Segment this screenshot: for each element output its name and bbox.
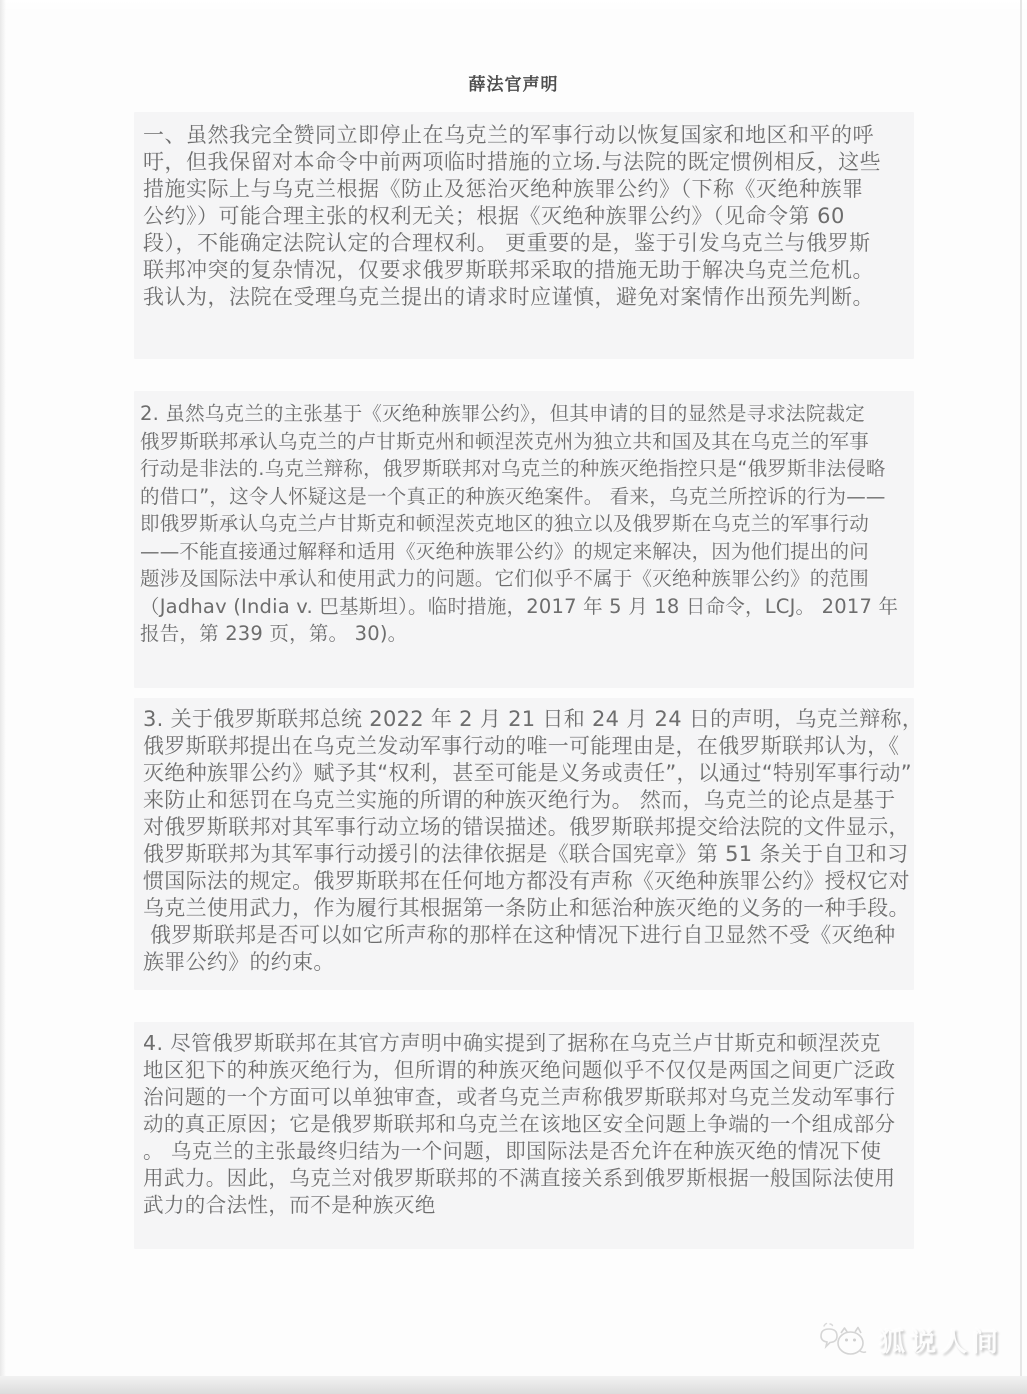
document-title: 薛法官声明 [0,70,1027,95]
text-line: 地区犯下的种族灭绝行为，但所谓的种族灭绝问题似乎不仅仅是两国之间更广泛政 [143,1057,910,1084]
text-line: 的借口”，这令人怀疑这是一个真正的种族灭绝案件。 看来，乌克兰所控诉的行为—— [140,483,912,511]
text-line: 武力的合法性，而不是种族灭绝 [143,1192,910,1219]
text-line: 乌克兰使用武力，作为履行其根据第一条防止和惩治种族灭绝的义务的一种手段。 [143,895,910,922]
text-line: 联邦冲突的复杂情况，仅要求俄罗斯联邦采取的措施无助于解决乌克兰危机。 [143,257,908,284]
text-line: 一、虽然我完全赞同立即停止在乌克兰的军事行动以恢复国家和地区和平的呼 [143,122,908,149]
text-line: 3. 关于俄罗斯联邦总统 2022 年 2 月 21 日和 24 月 24 日的… [143,706,910,733]
text-line: 治问题的一个方面可以单独审查，或者乌克兰声称俄罗斯联邦对乌克兰发动军事行 [143,1084,910,1111]
text-line: 用武力。因此，乌克兰对俄罗斯联邦的不满直接关系到俄罗斯根据一般国际法使用 [143,1165,910,1192]
text-line: 报告，第 239 页，第。 30)。 [140,620,912,648]
paragraph-3: 3. 关于俄罗斯联邦总统 2022 年 2 月 21 日和 24 月 24 日的… [134,698,914,990]
paragraph-4: 4. 尽管俄罗斯联邦在其官方声明中确实提到了据称在乌克兰卢甘斯克和顿涅茨克地区犯… [134,1022,914,1249]
document-page: 薛法官声明 一、虽然我完全赞同立即停止在乌克兰的军事行动以恢复国家和地区和平的呼… [0,0,1027,1394]
text-line: （Jadhav (India v. 巴基斯坦）。临时措施，2017 年 5 月 … [140,593,912,621]
text-line: 。 乌克兰的主张最终归结为一个问题，即国际法是否允许在种族灭绝的情况下使 [143,1138,910,1165]
text-line: 对俄罗斯联邦对其军事行动立场的错误描述。俄罗斯联邦提交给法院的文件显示， [143,814,910,841]
text-line: 公约》）可能合理主张的权利无关；根据《灭绝种族罪公约》（见命令第 60 [143,203,908,230]
paragraph-1: 一、虽然我完全赞同立即停止在乌克兰的军事行动以恢复国家和地区和平的呼吁，但我保留… [134,112,914,359]
text-line: 吁，但我保留对本命令中前两项临时措施的立场.与法院的既定惯例相反，这些 [143,149,908,176]
text-line: 题涉及国际法中承认和使用武力的问题。它们似乎不属于《灭绝种族罪公约》的范围 [140,565,912,593]
text-line: 4. 尽管俄罗斯联邦在其官方声明中确实提到了据称在乌克兰卢甘斯克和顿涅茨克 [143,1030,910,1057]
text-line: 2. 虽然乌克兰的主张基于《灭绝种族罪公约》，但其申请的目的显然是寻求法院裁定 [140,400,912,428]
text-line: 灭绝种族罪公约》赋予其“权利，甚至可能是义务或责任”，以通过“特别军事行动” [143,760,910,787]
page-left-edge [0,0,6,1394]
text-line: 段），不能确定法院认定的合理权利。 更重要的是，鉴于引发乌克兰与俄罗斯 [143,230,908,257]
page-right-edge [1020,0,1022,1394]
text-line: 俄罗斯联邦为其军事行动援引的法律依据是《联合国宪章》第 51 条关于自卫和习 [143,841,910,868]
page-bottom-edge [0,1376,1027,1394]
text-line: 俄罗斯联邦承认乌克兰的卢甘斯克州和顿涅茨克州为独立共和国及其在乌克兰的军事 [140,428,912,456]
text-line: 惯国际法的规定。俄罗斯联邦在任何地方都没有声称《灭绝种族罪公约》授权它对 [143,868,910,895]
text-line: 措施实际上与乌克兰根据《防止及惩治灭绝种族罪公约》（下称《灭绝种族罪 [143,176,908,203]
text-line: 俄罗斯联邦提出在乌克兰发动军事行动的唯一可能理由是，在俄罗斯联邦认为，《 [143,733,910,760]
watermark: 狐说人间 [817,1320,1003,1360]
watermark-text: 狐说人间 [879,1322,1003,1359]
text-line: 俄罗斯联邦是否可以如它所声称的那样在这种情况下进行自卫显然不受《灭绝种 [143,922,910,949]
text-line: 我认为，法院在受理乌克兰提出的请求时应谨慎，避免对案情作出预先判断。 [143,284,908,311]
paragraph-2: 2. 虽然乌克兰的主张基于《灭绝种族罪公约》，但其申请的目的显然是寻求法院裁定俄… [134,391,914,688]
text-line: 行动是非法的.乌克兰辩称，俄罗斯联邦对乌克兰的种族灭绝指控只是“俄罗斯非法侵略 [140,455,912,483]
text-line: ——不能直接通过解释和适用《灭绝种族罪公约》的规定来解决，因为他们提出的问 [140,538,912,566]
text-line: 即俄罗斯承认乌克兰卢甘斯克和顿涅茨克地区的独立以及俄罗斯在乌克兰的军事行动 [140,510,912,538]
text-line: 动的真正原因；它是俄罗斯联邦和乌克兰在该地区安全问题上争端的一个组成部分 [143,1111,910,1138]
fox-face-icon [817,1320,869,1360]
page-top-edge [0,0,1027,12]
text-line: 族罪公约》的约束。 [143,949,910,976]
text-line: 来防止和惩罚在乌克兰实施的所谓的种族灭绝行为。 然而，乌克兰的论点是基于 [143,787,910,814]
